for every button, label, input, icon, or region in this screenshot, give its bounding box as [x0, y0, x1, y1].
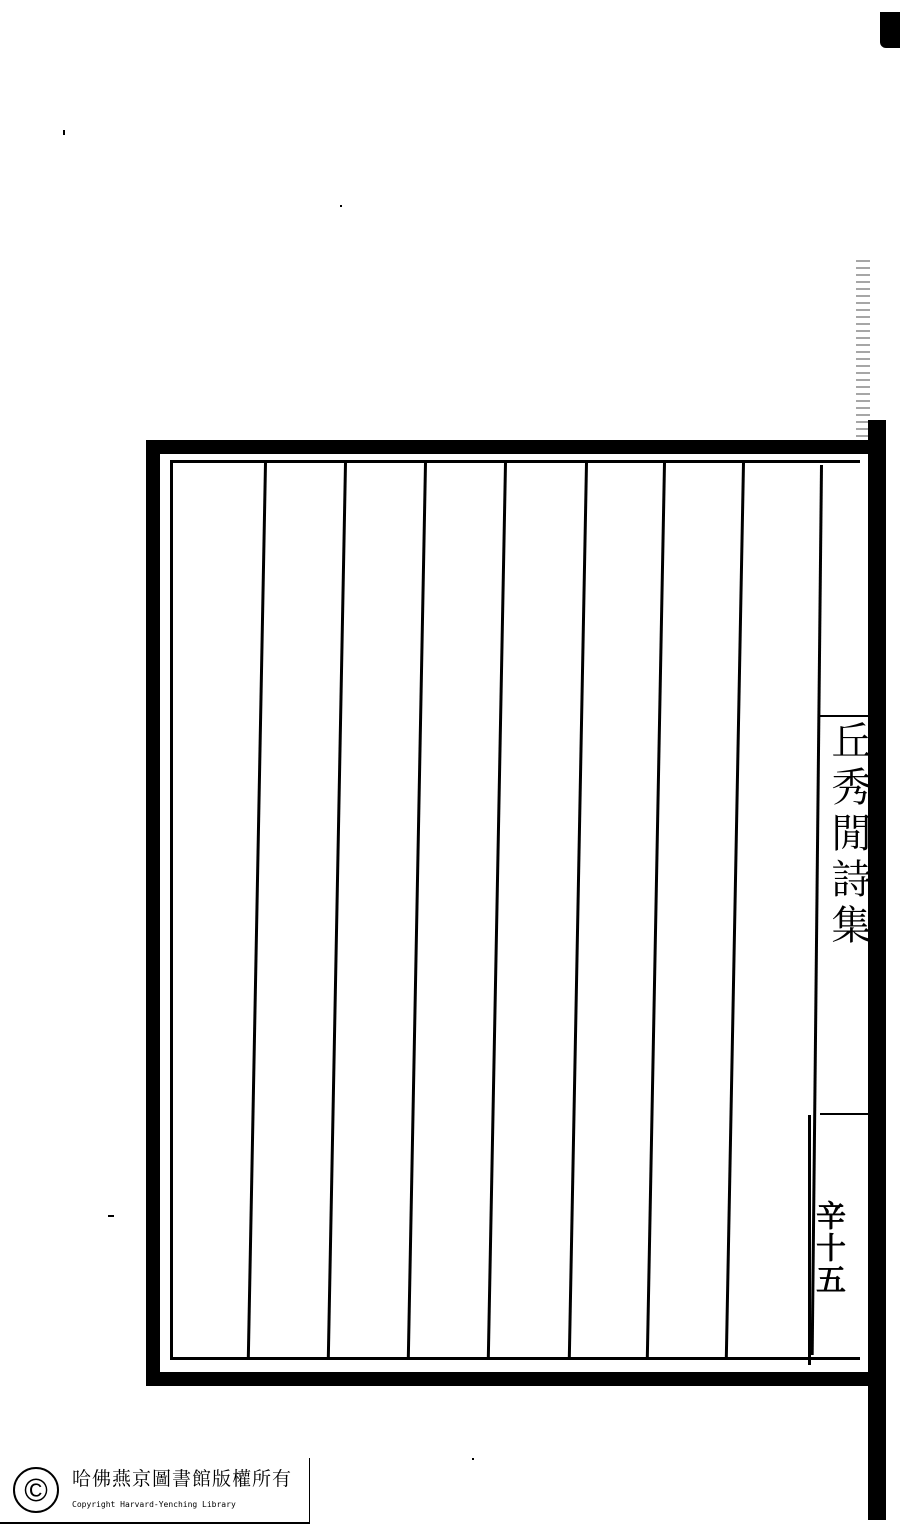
spine-edge-texture [856, 260, 870, 440]
copyright-chinese-text: 哈佛燕京圖書館版權所有 [72, 1464, 292, 1491]
scan-speck [340, 205, 342, 207]
folio-label: 辛十五 [810, 1200, 844, 1296]
book-page-scan: 丘秀閒詩集 辛十五 © 哈佛燕京圖書館版權所有 Copyright Harvar… [0, 0, 900, 1530]
copyright-stamp: © 哈佛燕京圖書館版權所有 Copyright Harvard-Yenching… [0, 1458, 310, 1524]
scan-speck [63, 130, 65, 135]
spine-edge-tab [880, 12, 900, 48]
inner-border-frame [170, 460, 860, 1360]
book-title-fragment: 丘秀閒詩集 [826, 720, 870, 980]
copyright-icon: © [13, 1467, 59, 1513]
outer-border-top [160, 440, 872, 454]
scan-speck [472, 1458, 474, 1460]
scan-speck [108, 1215, 114, 1217]
copyright-english-text: Copyright Harvard-Yenching Library [72, 1500, 236, 1509]
